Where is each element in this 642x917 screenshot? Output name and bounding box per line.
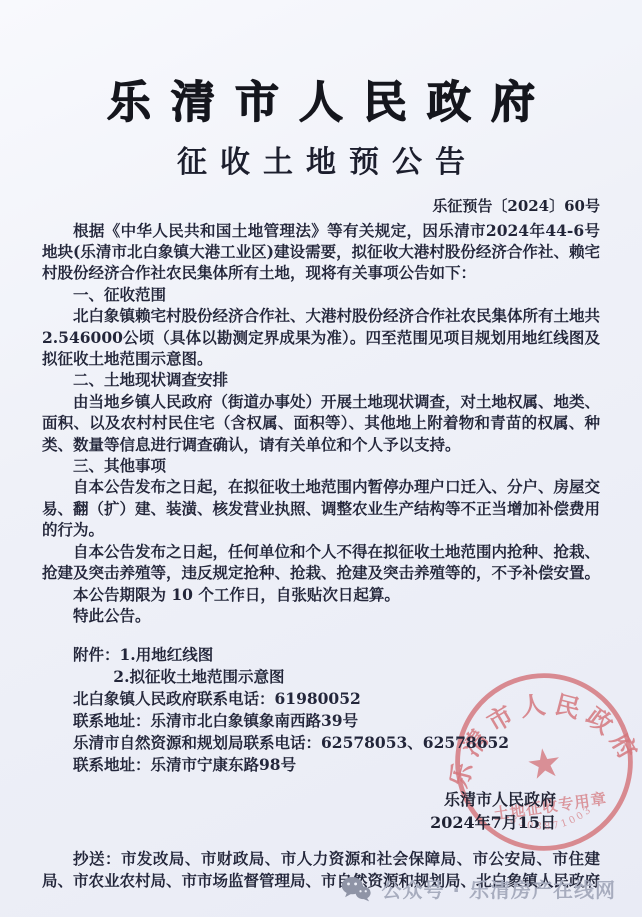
attachment-item-2: 2.拟征收土地范围示意图 bbox=[42, 666, 600, 688]
section-3-heading: 三、其他事项 bbox=[42, 455, 600, 476]
section-2-paragraph: 由当地乡镇人民政府（街道办事处）开展土地现状调查，对土地权属、地类、面积、以及农… bbox=[42, 391, 600, 455]
notice-content: 乐清市人民政府 征收土地预公告 乐征预告〔2024〕60号 根据《中华人民共和国… bbox=[0, 0, 642, 892]
signature-date: 2024年7月15日 bbox=[42, 811, 556, 834]
wechat-watermark: 公众号 · 乐清房产在线网 bbox=[341, 874, 616, 903]
section-3-paragraph-1: 自本公告发布之日起，在拟征收土地范围内暂停办理户口迁入、分户、房屋交易、翻（扩）… bbox=[42, 476, 600, 540]
section-1-heading: 一、征收范围 bbox=[42, 284, 600, 305]
section-1-paragraph: 北白象镇赖宅村股份经济合作社、大港村股份经济合作社农民集体所有土地共2.5460… bbox=[42, 305, 600, 369]
signature-issuer: 乐清市人民政府 bbox=[42, 788, 556, 811]
notice-document-page: 乐清市人民政府 ★ 土地征收专用章 3303871003 乐清市人民政府 征收土… bbox=[0, 0, 642, 917]
wechat-account-label: 公众号 · 乐清房产在线网 bbox=[381, 874, 616, 903]
doc-number: 乐征预告〔2024〕60号 bbox=[42, 195, 600, 216]
issuer-title: 乐清市人民政府 bbox=[42, 78, 600, 129]
section-3-paragraph-2: 自本公告发布之日起，任何单位和个人不得在拟征收土地范围内抢种、抢栽、抢建及突击养… bbox=[42, 541, 600, 584]
wechat-icon bbox=[341, 876, 371, 902]
section-3-paragraph-4: 特此公告。 bbox=[42, 605, 600, 626]
signature-block: 乐清市人民政府 2024年7月15日 bbox=[42, 788, 600, 834]
contact-address-bureau: 联系地址：乐清市宁康东路98号 bbox=[42, 754, 600, 776]
attachment-item-1-text: 1.用地红线图 bbox=[120, 645, 214, 664]
contact-phone-bureau: 乐清市自然资源和规划局联系电话：62578053、62578652 bbox=[42, 732, 600, 754]
contact-phone-town: 北白象镇人民政府联系电话：61980052 bbox=[42, 688, 600, 710]
contacts-block: 北白象镇人民政府联系电话：61980052 联系地址：乐清市北白象镇象南西路39… bbox=[42, 688, 600, 777]
contact-address-town: 联系地址：乐清市北白象镇象南西路39号 bbox=[42, 710, 600, 732]
notice-subtitle: 征收土地预公告 bbox=[42, 137, 600, 181]
attachments-block: 附件：1.用地红线图 2.拟征收土地范围示意图 bbox=[42, 644, 600, 687]
notice-body: 根据《中华人民共和国土地管理法》等有关规定，因乐清市2024年44-6号地块(乐… bbox=[42, 220, 600, 627]
section-2-heading: 二、土地现状调查安排 bbox=[42, 369, 600, 390]
attachment-item-1: 附件：1.用地红线图 bbox=[42, 644, 600, 666]
section-3-paragraph-3: 本公告期限为 10 个工作日，自张贴次日起算。 bbox=[42, 584, 600, 605]
intro-paragraph: 根据《中华人民共和国土地管理法》等有关规定，因乐清市2024年44-6号地块(乐… bbox=[42, 220, 600, 284]
attachments-label: 附件： bbox=[73, 645, 120, 664]
